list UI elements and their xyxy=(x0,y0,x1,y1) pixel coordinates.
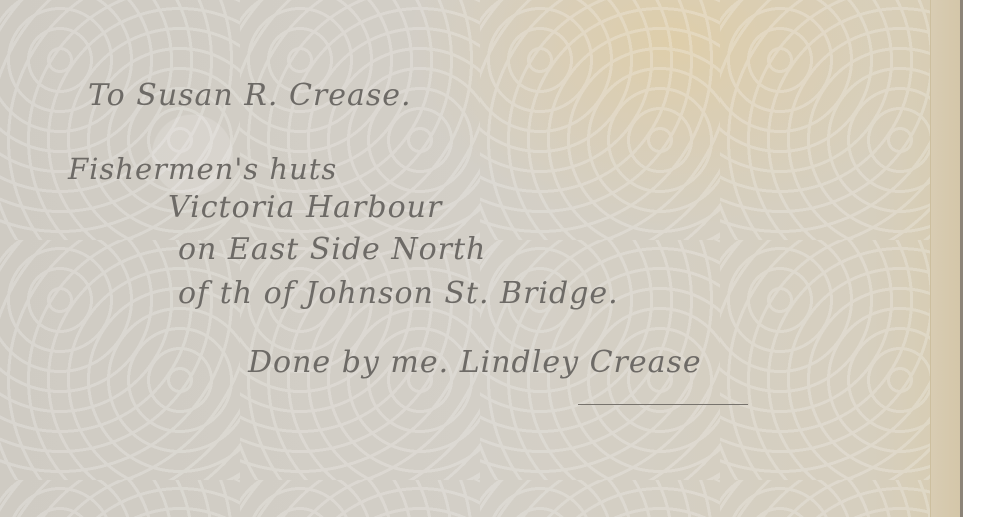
location-line-1: Victoria Harbour xyxy=(168,190,442,225)
dedication-line: To Susan R. Crease. xyxy=(88,78,412,113)
location-line-3: of th of Johnson St. Bridge. xyxy=(178,276,619,311)
signature-line: Done by me. Lindley Crease xyxy=(248,345,702,380)
signature-underline xyxy=(578,404,748,405)
title-line: Fishermen's huts xyxy=(68,152,337,186)
location-line-2: on East Side North xyxy=(178,232,486,267)
paper-edge xyxy=(930,0,963,517)
frame-edge-line xyxy=(960,0,963,517)
